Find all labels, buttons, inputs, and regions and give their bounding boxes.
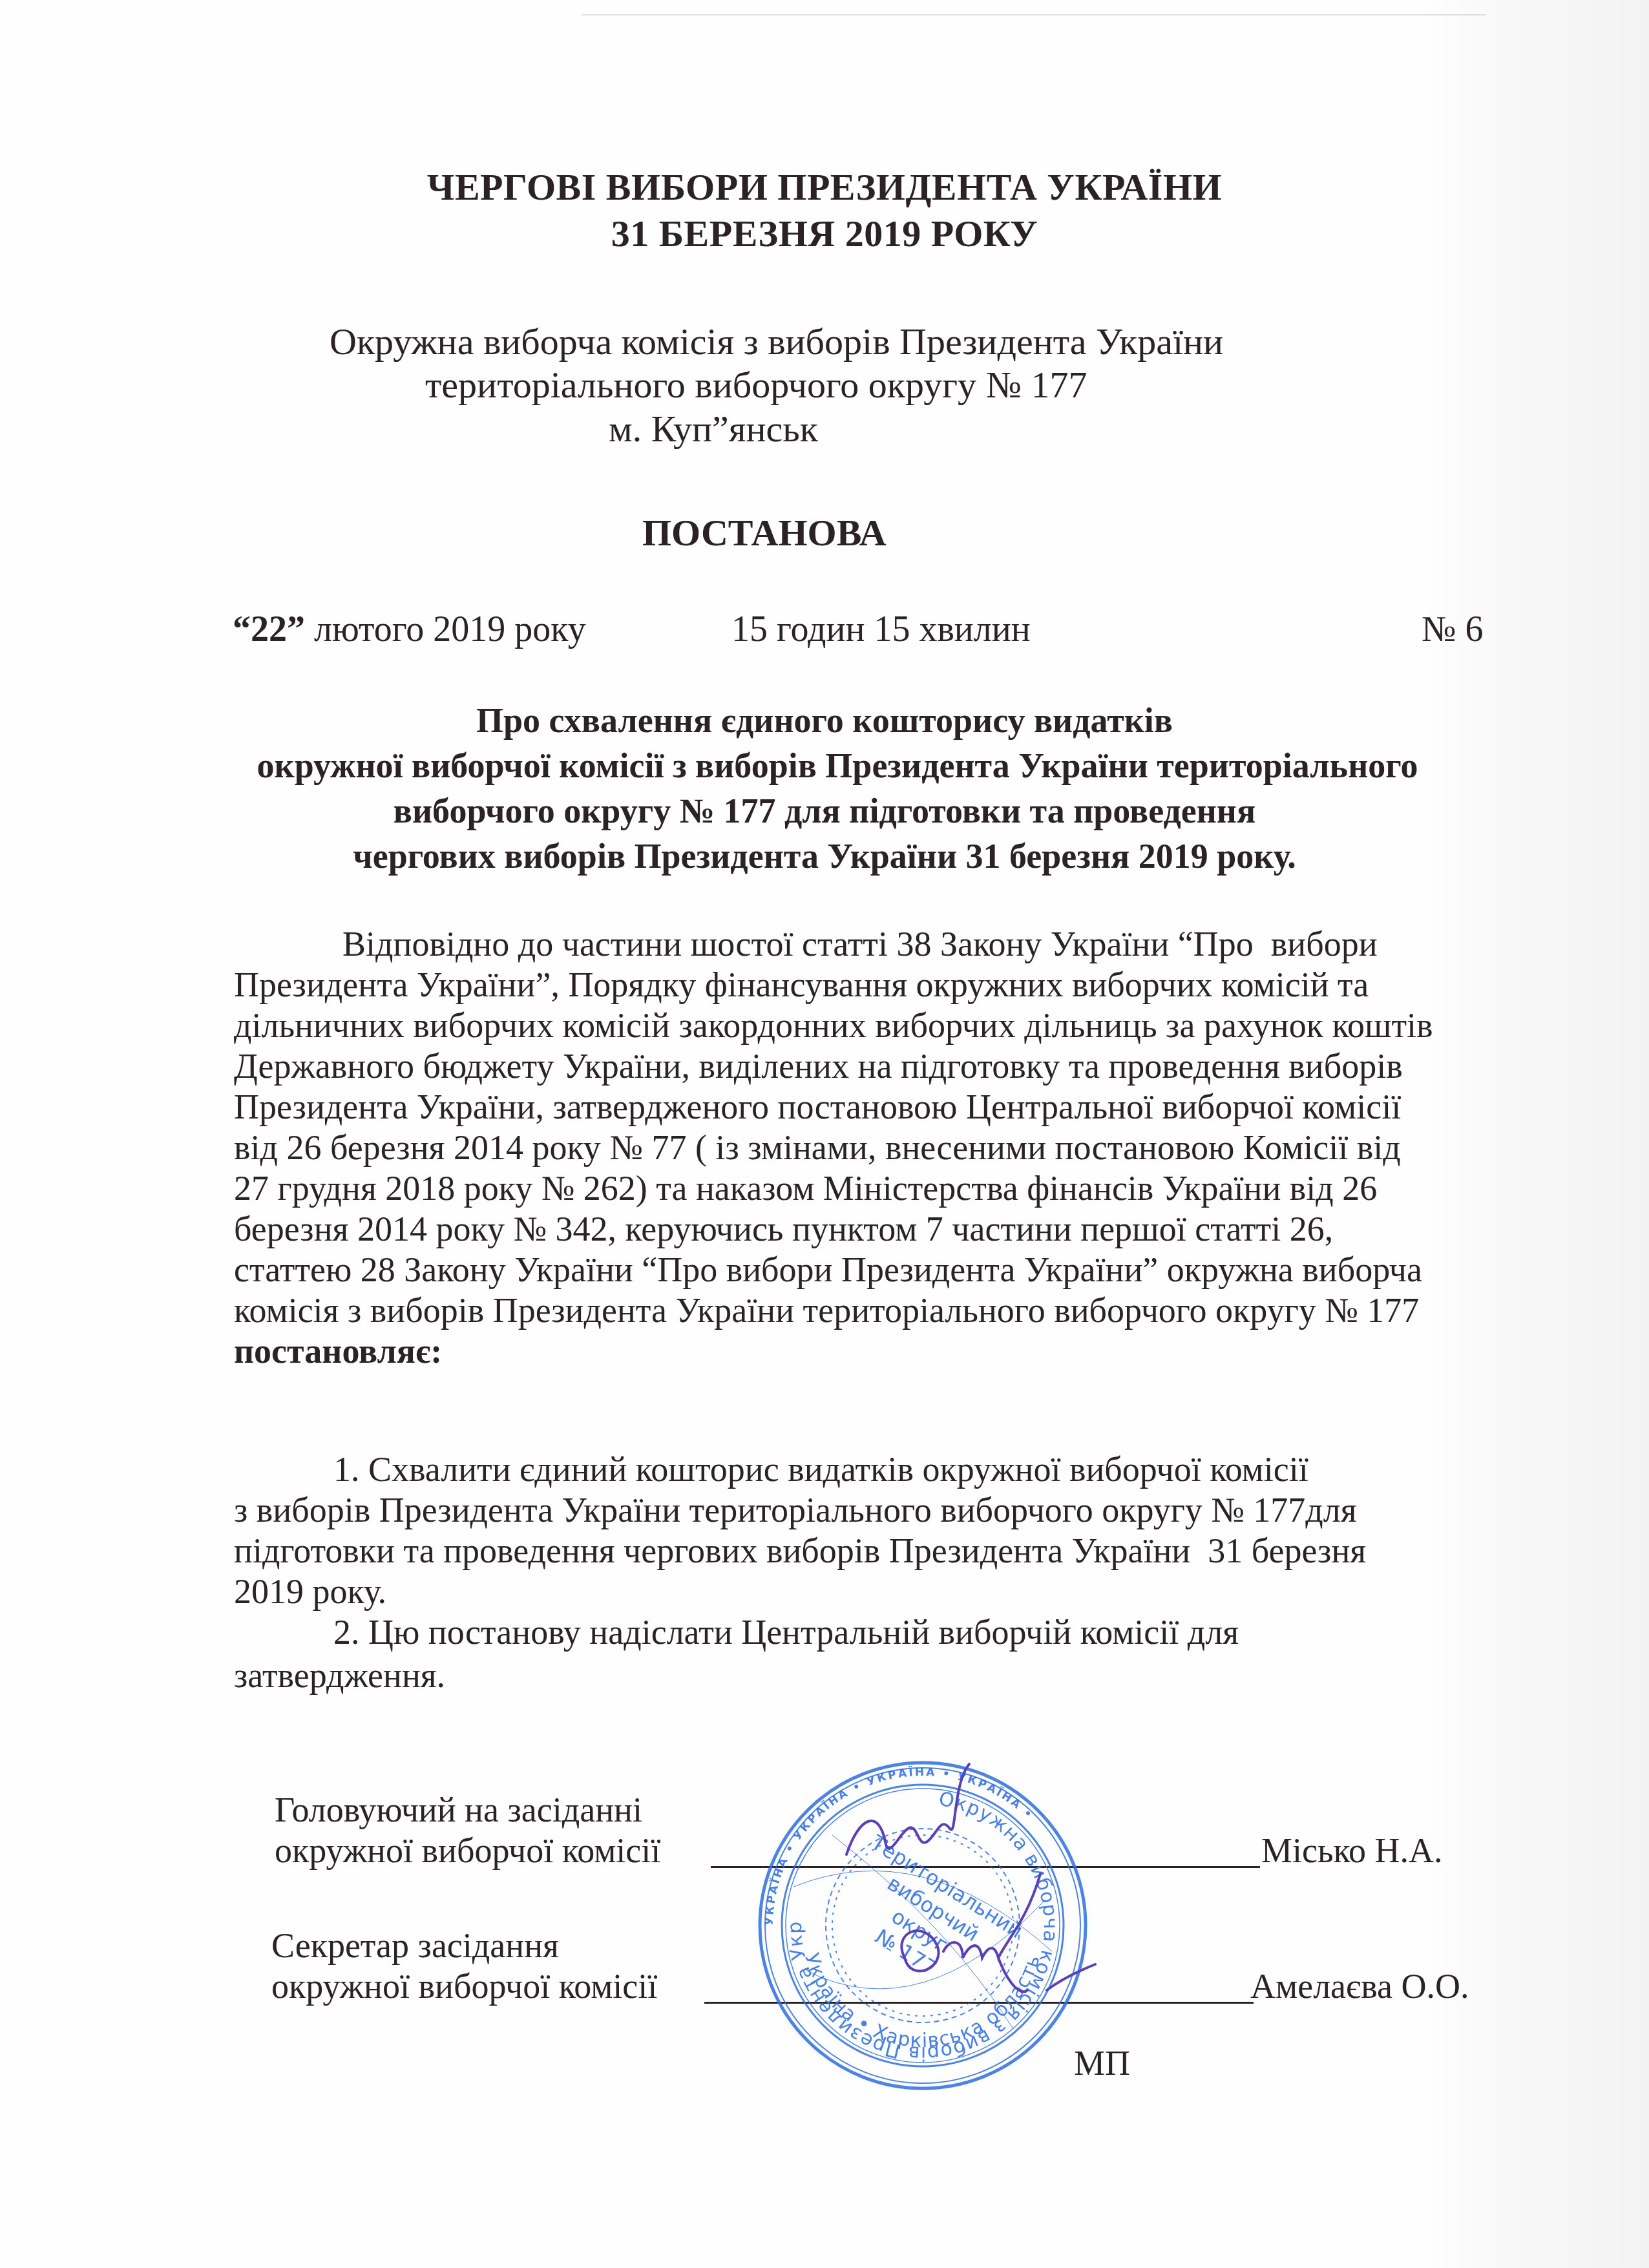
- subject-line-1: Про схвалення єдиного кошторису видатків: [0, 698, 1649, 743]
- preamble-line: статтею 28 Закону України “Про вибори Пр…: [234, 1250, 1422, 1290]
- document-date: “22” лютого 2019 року: [233, 609, 586, 650]
- commission-city: м. Куп”янськ: [609, 408, 818, 450]
- scan-artifact-line: [582, 14, 1486, 16]
- preamble-line: березня 2014 року № 342, керуючись пункт…: [234, 1209, 1333, 1250]
- document-time: 15 годин 15 хвилин: [731, 609, 1031, 650]
- resolution-line: 2. Цю постанову надіслати Центральній ви…: [333, 1612, 1239, 1653]
- official-stamp-icon: УКРАЇНА • УКРАЇНА • УКРАЇНА • УКРАЇНА • …: [755, 1758, 1091, 2094]
- resolution-line: 1. Схвалити єдиний кошторис видатків окр…: [333, 1449, 1308, 1490]
- resolution-line: підготовки та проведення чергових виборі…: [234, 1531, 1366, 1571]
- commission-name-line2: територіального виборчого округу № 177: [425, 364, 1087, 406]
- preamble-line: Президента України”, Порядку фінансуванн…: [234, 965, 1369, 1005]
- chair-role-line1: Головуючий на засіданні: [275, 1790, 642, 1831]
- preamble-line: комісія з виборів Президента України тер…: [234, 1290, 1419, 1331]
- preamble-line: від 26 березня 2014 року № 77 ( із зміна…: [234, 1128, 1401, 1168]
- subject-line-4: чергових виборів Президента України 31 б…: [0, 834, 1649, 879]
- secretary-role-line2: окружної виборчої комісії: [271, 1966, 657, 2007]
- preamble-line: Президента України, затвердженого постан…: [234, 1087, 1401, 1128]
- preamble-line: дільничних виборчих комісій закордонних …: [234, 1005, 1433, 1046]
- resolution-line: затвердження.: [234, 1655, 445, 1696]
- secretary-name: Амелаєва О.О.: [1250, 1966, 1469, 2007]
- chair-role-line2: окружної виборчої комісії: [275, 1831, 660, 1871]
- commission-name-line1: Окружна виборча комісія з виборів Презид…: [330, 321, 1223, 362]
- document-date-day: “22”: [233, 609, 305, 649]
- secretary-role-line1: Секретар засідання: [271, 1926, 559, 1966]
- chair-name: Місько Н.А.: [1261, 1831, 1443, 1871]
- document-number: № 6: [1422, 609, 1483, 650]
- document-date-month-year: лютого 2019 року: [305, 609, 586, 649]
- resolution-line: з виборів Президента України територіаль…: [234, 1490, 1357, 1531]
- preamble-line: 27 грудня 2018 року № 262) та наказом Мі…: [234, 1168, 1377, 1209]
- preamble-line: Державного бюджету України, виділених на…: [234, 1046, 1403, 1087]
- resolution-line: 2019 року.: [234, 1571, 386, 1612]
- document-type: ПОСТАНОВА: [642, 512, 887, 554]
- subject-line-3: виборчого округу № 177 для підготовки та…: [0, 788, 1649, 834]
- resolves-keyword: постановляє:: [234, 1331, 442, 1372]
- election-title-line1: ЧЕРГОВІ ВИБОРИ ПРЕЗИДЕНТА УКРАЇНИ: [0, 167, 1649, 208]
- preamble-line: Відповідно до частини шостої статті 38 З…: [342, 924, 1378, 965]
- election-title-line2: 31 БЕРЕЗНЯ 2019 РОКУ: [0, 213, 1649, 255]
- subject-line-2: окружної виборчої комісії з виборів През…: [13, 743, 1649, 788]
